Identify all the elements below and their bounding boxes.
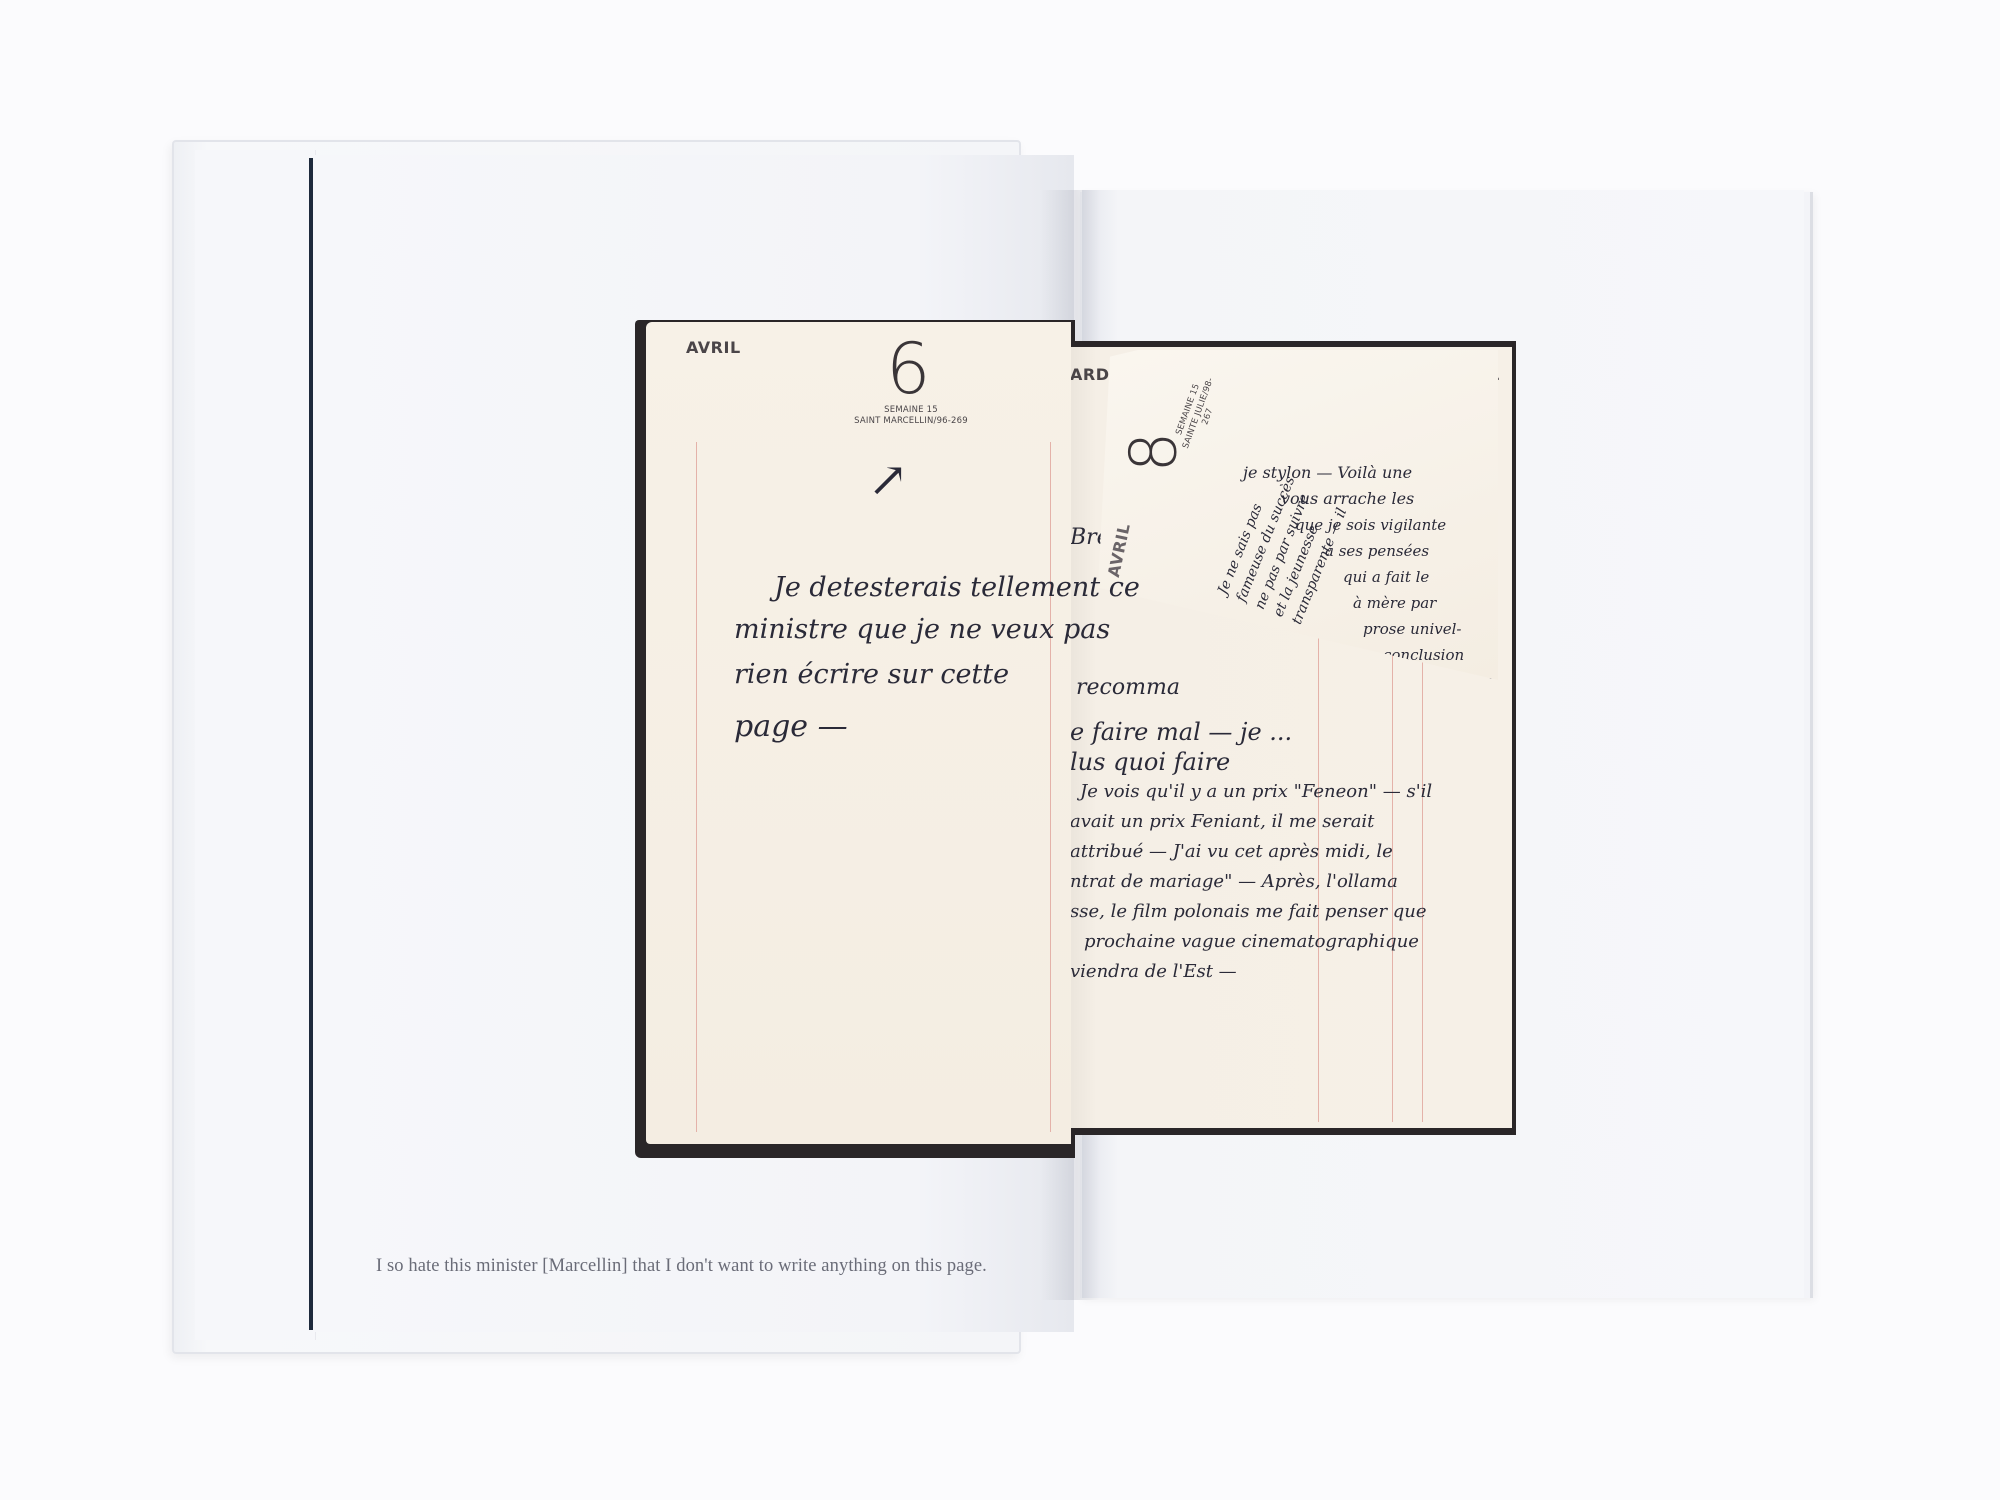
handwriting-line: sse, le film polonais me fait penser que [1070, 897, 1432, 927]
page-caption: I so hate this minister [Marcellin] that… [376, 1256, 987, 1277]
diary-page-left: AVRIL 6 SEMAINE 15 SAINT MARCELLIN/96-26… [646, 322, 1071, 1144]
week-info: SEMAINE 15 SAINT MARCELLIN/96-269 [841, 405, 981, 426]
page-stack-left [195, 150, 316, 1340]
month-label: AVRIL [686, 338, 741, 357]
handwritten-entry: e faire mal — je ... lus quoi faire Je v… [1070, 717, 1432, 987]
handwriting-line: qui a fait le [1343, 564, 1492, 590]
arrow-mark: ↗ [868, 452, 908, 508]
handwritten-entry: Je detesterais tellement ce ministre que… [734, 567, 1140, 755]
handwriting-line: avait un prix Feniant, il me serait [1070, 807, 1432, 837]
handwriting-line: Je vois qu'il y a un prix "Feneon" — s'i… [1080, 777, 1432, 807]
handwriting-line: à mère par [1353, 590, 1492, 616]
handwriting-line: viendra de l'Est — [1070, 957, 1432, 987]
handwriting-line: Je detesterais tellement ce [774, 567, 1140, 609]
handwriting-line: ntrat de mariage" — Après, l'ollama [1070, 867, 1432, 897]
handwriting-line: prose univel- [1363, 616, 1492, 642]
margin-rule [696, 442, 697, 1132]
handwriting-line: page — [734, 699, 1140, 755]
handwriting-line: rien écrire sur cette [734, 651, 1140, 699]
week-number: SEMAINE 15 [841, 405, 981, 416]
folded-week-info: SEMAINE 15 SAINTE JULIE/98-267 [1168, 365, 1229, 460]
handwriting-line: prochaine vague cinematographique [1084, 927, 1432, 957]
day-number: 6 [886, 334, 931, 404]
saint-name: SAINT MARCELLIN/96-269 [841, 416, 981, 427]
margin-rule [1050, 442, 1051, 1132]
spine-rule [309, 158, 313, 1330]
handwriting-line: à ses pensées [1325, 538, 1492, 564]
handwriting-line: attribué — J'ai vu cet après midi, le [1070, 837, 1432, 867]
handwriting-line: ministre que je ne veux pas [734, 609, 1140, 651]
